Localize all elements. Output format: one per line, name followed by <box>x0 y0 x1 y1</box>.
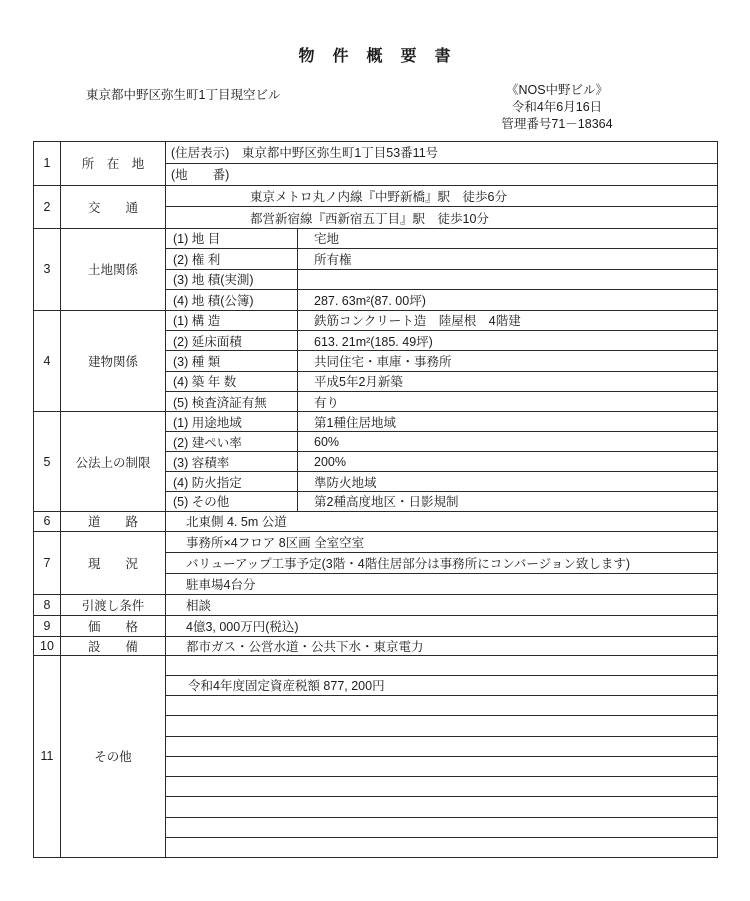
row-value-lines: (1) 構 造 鉄筋コンクリート造 陸屋根 4階建 (2) 延床面積 613. … <box>166 311 717 412</box>
property-summary-document: 物 件 概 要 書 東京都中野区弥生町1丁目現空ビル 《NOS中野ビル》 令和4… <box>0 0 750 901</box>
document-date: 令和4年6月16日 <box>468 99 646 116</box>
row-value: 相談 <box>166 595 717 615</box>
building-item: (5) 検査済証有無 有り <box>166 392 717 411</box>
item-value: 所有権 <box>298 249 717 268</box>
land-item: (2) 権 利 所有権 <box>166 249 717 269</box>
other-line <box>166 818 717 838</box>
row-number: 8 <box>34 595 61 615</box>
row-value-lines: 令和4年度固定資産税額 877, 200円 <box>166 656 717 857</box>
table-row-road: 6 道 路 北東側 4. 5m 公道 <box>34 512 717 532</box>
item-label: (3) 種 類 <box>166 351 298 370</box>
restriction-item: (4) 防火指定 準防火地域 <box>166 472 717 492</box>
table-row-utilities: 10 設 備 都市ガス・公営水道・公共下水・東京電力 <box>34 637 717 656</box>
row-label: その他 <box>61 656 166 857</box>
row-value-lines: (住居表示) 東京都中野区弥生町1丁目53番11号 (地 番) <box>166 142 717 185</box>
table-row-land: 3 土地関係 (1) 地 目 宅地 (2) 権 利 所有権 (3) 地 積(実測… <box>34 229 717 311</box>
other-line <box>166 737 717 757</box>
row-label: 所 在 地 <box>61 142 166 185</box>
status-line: 事務所×4フロア 8区画 全室空室 <box>166 532 717 553</box>
item-value: 200% <box>298 452 717 471</box>
item-value: 60% <box>298 432 717 451</box>
item-label: (1) 用途地域 <box>166 412 298 431</box>
row-number: 1 <box>34 142 61 185</box>
row-number: 5 <box>34 412 61 511</box>
building-item: (1) 構 造 鉄筋コンクリート造 陸屋根 4階建 <box>166 311 717 331</box>
item-label: (5) その他 <box>166 492 298 511</box>
table-row-price: 9 価 格 4億3, 000万円(税込) <box>34 616 717 637</box>
item-label: (4) 防火指定 <box>166 472 298 491</box>
table-row-current-status: 7 現 況 事務所×4フロア 8区画 全室空室 バリューアップ工事予定(3階・4… <box>34 532 717 595</box>
row-label: 現 況 <box>61 532 166 594</box>
row-value-lines: 事務所×4フロア 8区画 全室空室 バリューアップ工事予定(3階・4階住居部分は… <box>166 532 717 594</box>
restriction-item: (3) 容積率 200% <box>166 452 717 472</box>
other-line <box>166 757 717 777</box>
page-title: 物 件 概 要 書 <box>0 43 750 66</box>
item-value: 鉄筋コンクリート造 陸屋根 4階建 <box>298 311 717 330</box>
row-number: 4 <box>34 311 61 412</box>
table-row-transport: 2 交 通 東京メトロ丸ノ内線『中野新橋』駅 徒歩6分 都営新宿線『西新宿五丁目… <box>34 186 717 229</box>
status-line: 駐車場4台分 <box>166 574 717 594</box>
row-number: 6 <box>34 512 61 531</box>
item-label: (2) 延床面積 <box>166 331 298 350</box>
row-label: 建物関係 <box>61 311 166 412</box>
row-value: 都市ガス・公営水道・公共下水・東京電力 <box>166 637 717 655</box>
item-value <box>298 270 717 289</box>
row-value: 4億3, 000万円(税込) <box>166 616 717 636</box>
row-value: 北東側 4. 5m 公道 <box>166 512 717 531</box>
row-label: 公法上の制限 <box>61 412 166 511</box>
item-label: (4) 地 積(公簿) <box>166 290 298 309</box>
transport-line: 都営新宿線『西新宿五丁目』駅 徒歩10分 <box>166 207 717 227</box>
item-value: 第2種高度地区・日影規制 <box>298 492 717 511</box>
row-label: 引渡し条件 <box>61 595 166 615</box>
header-right-block: 《NOS中野ビル》 令和4年6月16日 管理番号71－18364 <box>468 82 646 133</box>
land-item: (1) 地 目 宅地 <box>166 229 717 249</box>
item-value: 第1種住居地域 <box>298 412 717 431</box>
restriction-item: (5) その他 第2種高度地区・日影規制 <box>166 492 717 511</box>
other-line <box>166 777 717 797</box>
row-value-lines: 東京メトロ丸ノ内線『中野新橋』駅 徒歩6分 都営新宿線『西新宿五丁目』駅 徒歩1… <box>166 186 717 228</box>
item-label: (3) 地 積(実測) <box>166 270 298 289</box>
other-line <box>166 838 717 857</box>
other-line <box>166 696 717 716</box>
property-tax-line: 令和4年度固定資産税額 877, 200円 <box>166 676 717 696</box>
transport-line: 東京メトロ丸ノ内線『中野新橋』駅 徒歩6分 <box>166 186 717 207</box>
row-number: 10 <box>34 637 61 655</box>
land-item: (3) 地 積(実測) <box>166 270 717 290</box>
item-label: (1) 地 目 <box>166 229 298 248</box>
item-value: 準防火地域 <box>298 472 717 491</box>
item-value: 613. 21m²(185. 49坪) <box>298 331 717 350</box>
item-value: 287. 63m²(87. 00坪) <box>298 290 717 309</box>
row-label: 交 通 <box>61 186 166 228</box>
item-label: (3) 容積率 <box>166 452 298 471</box>
row-label: 価 格 <box>61 616 166 636</box>
other-line <box>166 716 717 736</box>
item-value: 有り <box>298 392 717 411</box>
property-table: 1 所 在 地 (住居表示) 東京都中野区弥生町1丁目53番11号 (地 番) … <box>33 141 718 858</box>
item-value: 共同住宅・車庫・事務所 <box>298 351 717 370</box>
row-number: 3 <box>34 229 61 310</box>
table-row-legal-restrictions: 5 公法上の制限 (1) 用途地域 第1種住居地域 (2) 建ぺい率 60% (… <box>34 412 717 512</box>
item-label: (2) 権 利 <box>166 249 298 268</box>
status-line: バリューアップ工事予定(3階・4階住居部分は事務所にコンバージョン致します) <box>166 553 717 574</box>
table-row-handover-terms: 8 引渡し条件 相談 <box>34 595 717 616</box>
address-display-line: (住居表示) 東京都中野区弥生町1丁目53番11号 <box>166 142 717 164</box>
row-number: 7 <box>34 532 61 594</box>
building-item: (3) 種 類 共同住宅・車庫・事務所 <box>166 351 717 371</box>
lot-number-line: (地 番) <box>166 164 717 185</box>
row-value-lines: (1) 地 目 宅地 (2) 権 利 所有権 (3) 地 積(実測) (4) 地… <box>166 229 717 310</box>
item-label: (1) 構 造 <box>166 311 298 330</box>
building-item: (4) 築 年 数 平成5年2月新築 <box>166 372 717 392</box>
restriction-item: (2) 建ぺい率 60% <box>166 432 717 452</box>
building-item: (2) 延床面積 613. 21m²(185. 49坪) <box>166 331 717 351</box>
property-location-line: 東京都中野区弥生町1丁目現空ビル <box>86 85 280 103</box>
other-line <box>166 797 717 817</box>
row-number: 9 <box>34 616 61 636</box>
row-number: 2 <box>34 186 61 228</box>
item-label: (5) 検査済証有無 <box>166 392 298 411</box>
building-name: 《NOS中野ビル》 <box>468 82 646 99</box>
row-label: 土地関係 <box>61 229 166 310</box>
row-number: 11 <box>34 656 61 857</box>
row-value-lines: (1) 用途地域 第1種住居地域 (2) 建ぺい率 60% (3) 容積率 20… <box>166 412 717 511</box>
item-value: 平成5年2月新築 <box>298 372 717 391</box>
restriction-item: (1) 用途地域 第1種住居地域 <box>166 412 717 432</box>
control-number: 管理番号71－18364 <box>468 116 646 133</box>
other-line <box>166 656 717 676</box>
row-label: 設 備 <box>61 637 166 655</box>
item-label: (2) 建ぺい率 <box>166 432 298 451</box>
row-label: 道 路 <box>61 512 166 531</box>
table-row-building: 4 建物関係 (1) 構 造 鉄筋コンクリート造 陸屋根 4階建 (2) 延床面… <box>34 311 717 413</box>
table-row-location: 1 所 在 地 (住居表示) 東京都中野区弥生町1丁目53番11号 (地 番) <box>34 142 717 186</box>
item-value: 宅地 <box>298 229 717 248</box>
land-item: (4) 地 積(公簿) 287. 63m²(87. 00坪) <box>166 290 717 309</box>
table-row-other: 11 その他 令和4年度固定資産税額 877, 200円 <box>34 656 717 857</box>
item-label: (4) 築 年 数 <box>166 372 298 391</box>
